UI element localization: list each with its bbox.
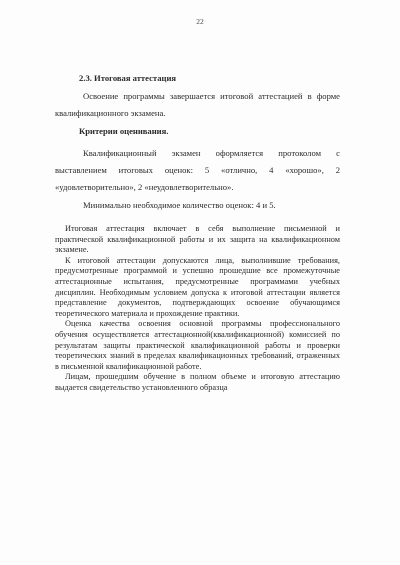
criteria-paragraph: Квалификационный экзамен оформляется про… [55, 145, 340, 196]
intro-text: Освоение программы завершается итоговой … [55, 88, 340, 122]
document-page: 22 2.3. Итоговая аттестация Освоение про… [0, 0, 400, 565]
paragraph-quality-assessment: Оценка качества освоения основной програ… [55, 319, 340, 372]
criteria-text: Квалификационный экзамен оформляется про… [55, 145, 340, 196]
paragraph-admission: К итоговой аттестации допускаются лица, … [55, 256, 340, 320]
paragraph-certificate: Лицам, прошедшим обучение в полном объем… [55, 372, 340, 393]
criteria-heading: Критерии оценивания. [79, 126, 168, 136]
intro-paragraph: Освоение программы завершается итоговой … [55, 88, 340, 122]
paragraph-final-attestation: Итоговая аттестация включает в себя выпо… [55, 224, 340, 256]
minimum-grades: Минимально необходимое количество оценок… [55, 197, 340, 214]
page-number: 22 [0, 17, 400, 26]
section-heading: 2.3. Итоговая аттестация [79, 73, 176, 83]
minimum-text: Минимально необходимое количество оценок… [55, 197, 340, 214]
body-text: Итоговая аттестация включает в себя выпо… [55, 224, 340, 394]
